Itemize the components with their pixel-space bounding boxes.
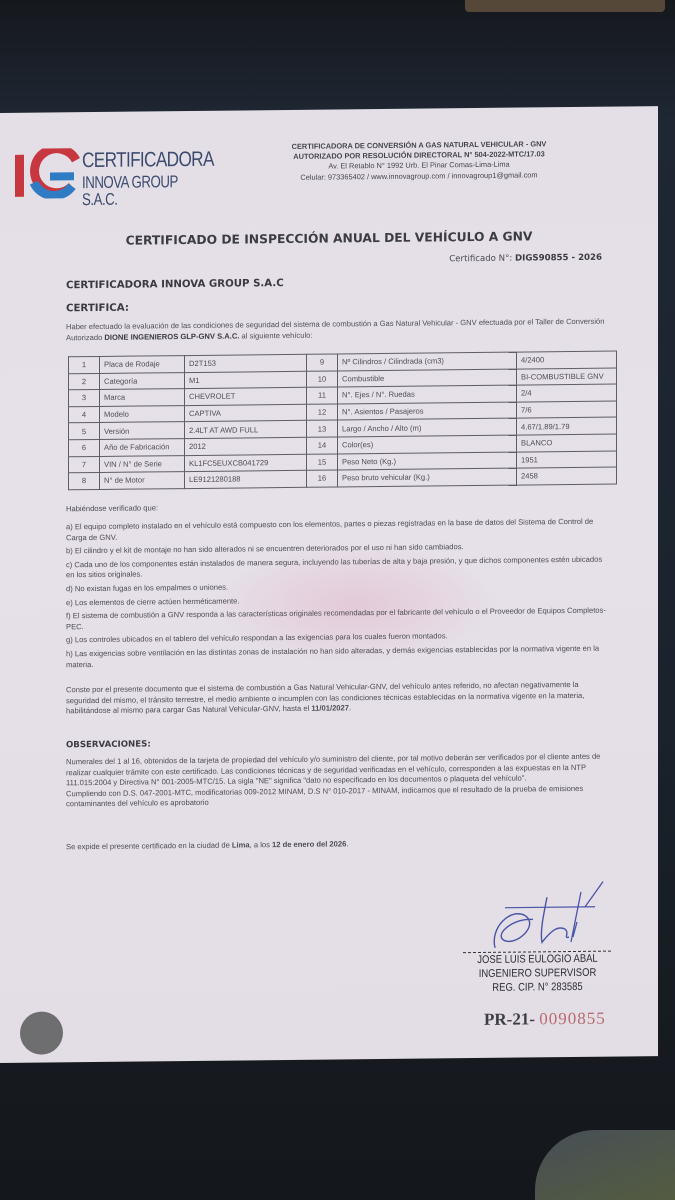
company-logo: CERTIFICADORA INNOVA GROUP S.A.C. [14,145,194,201]
certificate-document: CERTIFICADORA INNOVA GROUP S.A.C. CERTIF… [0,106,658,1063]
table-cell-value1: CAPTIVA [185,404,307,422]
table-cell-value1: 2012 [185,437,307,455]
issue-statement: Se expide el presente certificado en la … [66,837,611,853]
vehicle-data-table: 1Placa de RodajeD2T1539Nº Cilindros / Ci… [68,351,617,490]
table-cell-value1: D2T153 [185,354,307,372]
table-cell-n1: 2 [69,373,100,390]
table-cell-label2: Peso Neto (Kg.) [338,452,517,470]
logo-line1: CERTIFICADORA [82,149,214,171]
table-cell-n2: 11 [307,387,338,404]
table-cell-label2: Nº Cilindros / Cilindrada (cm3) [338,352,517,370]
observations-heading: OBSERVACIONES: [66,739,151,750]
verification-heading: Habiéndose verificado que: [66,499,611,515]
conformity-paragraph: Conste por el presente documento que el … [66,680,611,717]
table-cell-value2: BLANCO [517,434,617,452]
table-cell-label1: VIN / N° de Serie [100,455,185,472]
observations-text: Numerales del 1 al 16, obtenidos de la t… [66,752,611,811]
serial-prefix: PR-21- [484,1009,535,1029]
signer-name: JOSE LUIS EULOGIO ABAL [471,953,604,968]
table-cell-value2: 4.67/1.89/1.79 [517,417,617,435]
table-cell-value2: 7/6 [517,401,617,419]
signature-block: JOSE LUIS EULOGIO ABAL INGENIERO SUPERVI… [460,877,620,989]
signer-registration: REG. CIP. N° 283585 [471,980,604,995]
serial-number: 0090855 [539,1009,606,1029]
table-cell-n1: 5 [69,423,100,440]
letterhead: CERTIFICADORA INNOVA GROUP S.A.C. CERTIF… [14,136,644,203]
table-cell-n2: 9 [307,354,338,371]
verification-item: c) Cada uno de los componentes están ins… [66,554,611,581]
table-cell-label2: N°. Ejes / N°. Ruedas [338,385,517,403]
table-cell-n2: 12 [307,404,338,421]
table-cell-n1: 1 [69,356,100,373]
valid-until-date: 11/01/2027 [311,704,349,713]
table-cell-label1: Versión [100,422,185,439]
certificate-number-label: Certificado N°: [449,254,512,265]
table-cell-n1: 7 [69,456,100,473]
certificate-number-value: DIGS90855 - 2026 [515,253,602,264]
signer-role: INGENIERO SUPERVISOR [471,966,604,981]
table-cell-value2: 4/2400 [517,351,617,369]
background-object [465,0,665,12]
certifica-heading: CERTIFICA: [66,303,129,315]
table-cell-value1: LE9121280188 [185,470,307,488]
table-cell-n1: 4 [69,406,100,423]
table-cell-label2: Color(es) [338,435,517,453]
issue-city: Lima [232,840,250,849]
info-line: Celular: 973365402 / www.innovagroup.com… [254,169,584,183]
company-name: CERTIFICADORA INNOVA GROUP S.A.C [66,278,284,291]
background-object [535,1130,675,1200]
certificate-number: Certificado N°: DIGS90855 - 2026 [449,253,602,265]
verification-item: a) El equipo completo instalado en el ve… [66,517,611,544]
table-cell-label2: N°. Asientos / Pasajeros [338,402,517,420]
intro-paragraph: Haber efectuado la evaluación de las con… [66,317,616,344]
issue-date: 12 de enero del 2026 [272,839,346,849]
workshop-name: DIONE INGENIEROS GLP-GNV S.A.C. [104,331,239,341]
table-cell-label1: Placa de Rodaje [100,356,185,373]
verification-item: h) Las exigencias sobre ventilación en l… [66,644,611,671]
table-cell-n1: 3 [69,390,100,407]
form-serial-number: PR-21- 0090855 [484,1009,606,1030]
table-cell-value2: 2/4 [517,384,617,402]
table-cell-value1: CHEVROLET [185,387,307,405]
table-cell-label1: Año de Fabricación [100,439,185,456]
table-cell-n2: 10 [307,371,338,388]
table-cell-label1: Categoría [100,372,185,389]
table-cell-value1: 2.4LT AT AWD FULL [185,421,307,439]
table-cell-label1: Modelo [100,405,185,422]
table-cell-label2: Combustible [338,369,517,387]
table-cell-value2: BI-COMBUSTIBLE GNV [517,368,617,386]
logo-line2: INNOVA GROUP S.A.C. [82,173,207,208]
verification-list: a) El equipo completo instalado en el ve… [66,517,611,674]
table-cell-value1: KL1FC5EUXCB041729 [185,454,307,472]
letterhead-info: CERTIFICADORA DE CONVERSIÓN A GAS NATURA… [254,139,584,183]
table-cell-n1: 6 [69,439,100,456]
table-cell-n2: 16 [307,470,338,487]
table-cell-label1: N° de Motor [100,472,185,489]
ig-logo-icon [14,148,80,199]
table-cell-n1: 8 [69,473,100,490]
table-cell-label2: Largo / Ancho / Alto (m) [338,418,517,436]
handwritten-signature-icon [485,877,615,953]
table-cell-value2: 2458 [517,467,617,485]
table-cell-label2: Peso bruto vehicular (Kg.) [338,468,517,486]
punch-hole [20,1011,63,1054]
table-cell-label1: Marca [100,389,185,406]
table-cell-value1: M1 [185,371,307,389]
table-cell-value2: 1951 [517,451,617,469]
table-cell-n2: 15 [307,454,338,471]
table-cell-n2: 13 [307,420,338,437]
verification-item: f) El sistema de combustión a GNV respon… [66,606,611,633]
table-cell-n2: 14 [307,437,338,454]
document-title: CERTIFICADO DE INSPECCIÓN ANUAL DEL VEHÍ… [0,228,658,249]
